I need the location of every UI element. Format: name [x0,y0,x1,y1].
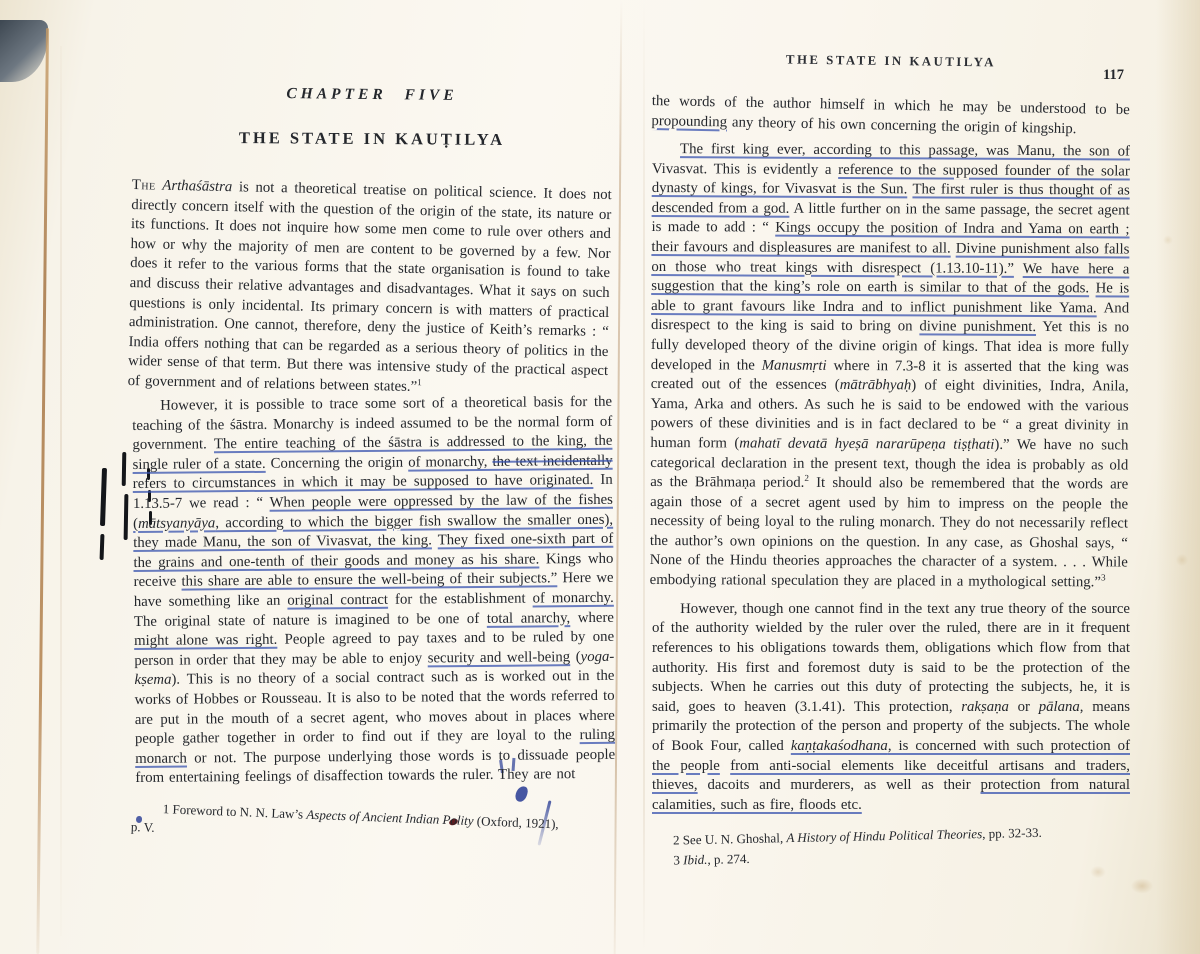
paragraph: However, though one cannot find in the t… [652,600,1130,816]
running-header: THE STATE IN KAUTILYA [652,47,1130,73]
book-spread-photo: CHAPTER FIVE THE STATE IN KAUṬILYA The A… [0,0,1200,954]
paragraph: The first king ever, according to this p… [650,140,1130,593]
book-spine-edge [36,28,49,954]
right-page-edge [1156,0,1200,954]
gutter-crease [643,0,645,954]
page-header: THE STATE IN KAUTILYA 117 [652,50,1130,92]
chapter-heading: CHAPTER FIVE [132,83,612,106]
gutter-crease [614,0,623,954]
torn-corner-shadow [0,20,48,82]
footnote: 1 Foreword to N. N. Law’s Aspects of Anc… [131,798,612,854]
margin-ink-mark [122,452,127,486]
paragraph: the words of the author himself in which… [651,92,1130,140]
page-number: 117 [1103,67,1124,84]
page-edge-line [60,46,62,936]
chapter-title: THE STATE IN KAUṬILYA [132,127,612,150]
margin-ink-mark [124,494,129,540]
footnotes: 2 See U. N. Ghoshal, A History of Hindu … [652,821,1131,871]
left-page: CHAPTER FIVE THE STATE IN KAUṬILYA The A… [132,86,612,836]
paragraph: The Arthaśāstra is not a theoretical tre… [127,176,611,402]
margin-ink-mark [100,534,105,560]
margin-ink-mark [100,468,107,526]
right-page: THE STATE IN KAUTILYA 117 the words of t… [652,50,1130,871]
paragraph: However, it is possible to trace some so… [132,392,615,788]
